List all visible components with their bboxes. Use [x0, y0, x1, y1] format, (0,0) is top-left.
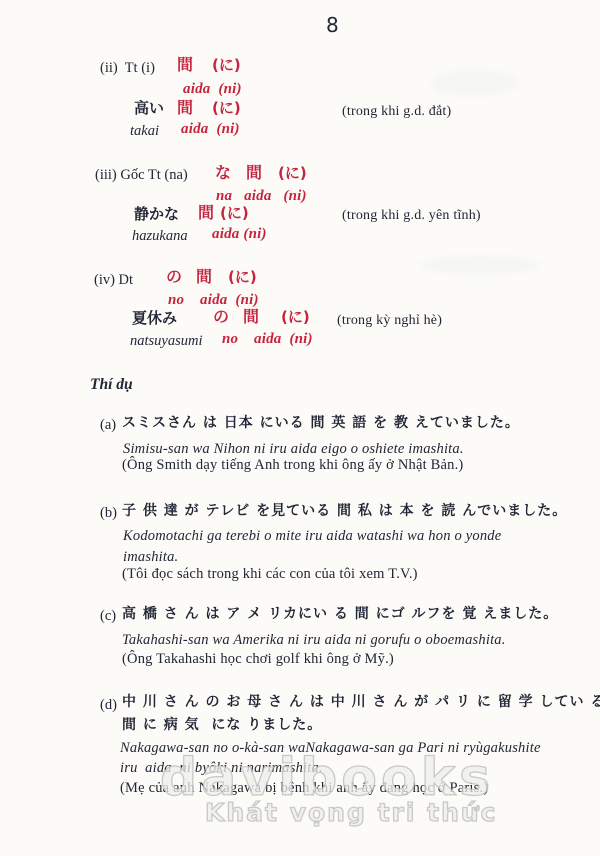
pattern-ii-head-particle: (に) — [212, 57, 241, 74]
pattern-ii-body-romaji: aida (ni) — [181, 121, 240, 138]
pattern-ii-word-jp: 高い — [134, 100, 164, 117]
example-c-japanese: 高 橋 さ ん は ア メ リカにい る 間 にゴ ルフを 覚 えました。 — [122, 606, 558, 622]
pattern-ii-label: (ii) Tt (i) — [100, 60, 155, 77]
page-number: 8 — [326, 14, 339, 37]
pattern-iii-body-particle: (に) — [220, 205, 249, 222]
example-b-romaji-line1: Kodomotachi ga terebi o mite iru aida wa… — [123, 528, 501, 545]
example-a-japanese: スミスさん は 日本 にいる 間 英 語 を 教 えていました。 — [122, 415, 520, 431]
pattern-iii-label: (iii) Gốc Tt (na) — [95, 167, 188, 184]
example-b-japanese: 子 供 達 が テレビ を見ている 間 私 は 本 を 読 んでいました。 — [122, 503, 567, 519]
pattern-iv-head-kanji: 間 — [196, 268, 212, 286]
example-c-romaji: Takahashi-san wa Amerika ni iru aida ni … — [122, 632, 506, 649]
pattern-iii-head-particle: (に) — [278, 165, 307, 182]
pattern-iii-body-kanji: 間 — [198, 204, 214, 222]
pattern-iii-word-romaji: hazukana — [132, 228, 188, 245]
pattern-iv-body-kanji: 間 — [243, 308, 259, 326]
pattern-iv-head-particle: (に) — [228, 269, 257, 286]
pattern-ii-body-particle: (に) — [212, 100, 241, 117]
pattern-ii-word-romaji: takai — [130, 123, 159, 140]
pattern-iii-body-romaji: aida (ni) — [212, 226, 267, 243]
example-b-romaji-line2: imashita. — [123, 549, 178, 566]
watermark-slogan-text: Khát vọng tri thức — [205, 798, 497, 827]
example-c-vietnamese: (Ông Takahashi học chơi golf khi ông ở M… — [122, 651, 394, 668]
pattern-ii-body-kanji: 間 — [177, 99, 193, 117]
pattern-ii-head-kanji: 間 — [177, 56, 193, 74]
pattern-iii-head-kanji: 間 — [246, 164, 262, 182]
pattern-iii-head-romaji: na aida (ni) — [216, 188, 307, 205]
pattern-iii-gloss: (trong khi g.d. yên tĩnh) — [342, 208, 481, 224]
example-d-japanese-line2: 間 に 病 気 にな りました。 — [122, 717, 322, 733]
pattern-iii-head-prefix: な — [215, 164, 231, 182]
example-d-label: (d) — [100, 697, 117, 714]
scan-smudge — [420, 255, 540, 275]
pattern-iv-body-particle: (に) — [281, 309, 310, 326]
watermark-logo-text: davibooks — [160, 748, 494, 808]
scanned-book-page: 8 (ii) Tt (i) 間 (に) aida (ni) 高い 間 (に) (… — [0, 0, 600, 856]
pattern-iv-body-romaji: no aida (ni) — [222, 331, 313, 348]
pattern-iv-word-jp: 夏休み — [132, 310, 177, 327]
example-b-vietnamese: (Tôi đọc sách trong khi các con của tôi … — [122, 566, 418, 583]
pattern-iv-head-prefix: の — [166, 268, 182, 286]
examples-heading: Thí dụ — [90, 376, 133, 394]
pattern-iv-word-romaji: natsuyasumi — [130, 333, 203, 350]
example-d-romaji-line1: Nakagawa-san no o-kà-san waNakagawa-san … — [120, 740, 541, 757]
example-b-label: (b) — [100, 505, 117, 522]
pattern-ii-head-romaji: aida (ni) — [183, 81, 242, 98]
pattern-iv-body-prefix: の — [213, 308, 229, 326]
pattern-iv-gloss: (trong kỳ nghỉ hè) — [337, 313, 442, 329]
example-c-label: (c) — [100, 608, 116, 625]
example-d-vietnamese: (Mẹ của anh Nakagawa bị bệnh khi anh ấy … — [120, 780, 488, 797]
pattern-iv-label: (iv) Dt — [94, 272, 133, 289]
scan-smudge — [430, 70, 520, 96]
example-d-japanese-line1: 中 川 さ ん の お 母 さ ん は 中 川 さ ん が パ リ に 留 学 … — [122, 694, 600, 710]
example-a-vietnamese: (Ông Smith dạy tiếng Anh trong khi ông ấ… — [122, 457, 463, 474]
example-a-label: (a) — [100, 417, 116, 434]
example-d-romaji-line2: iru aida ni byôki ni narimashita. — [120, 760, 323, 777]
pattern-ii-gloss: (trong khi g.d. đắt) — [342, 104, 451, 120]
example-a-romaji: Simisu-san wa Nihon ni iru aida eigo o o… — [123, 441, 464, 458]
pattern-iii-word-jp: 静かな — [134, 206, 179, 223]
